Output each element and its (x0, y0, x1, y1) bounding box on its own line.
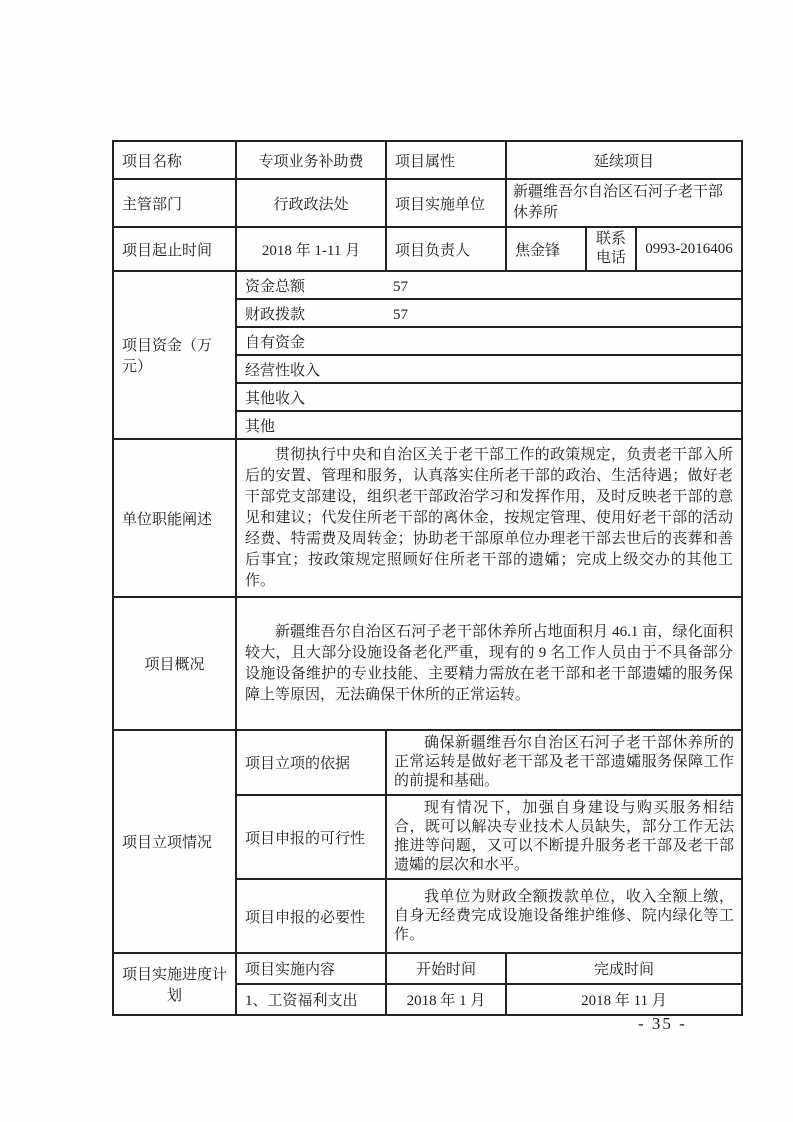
document-page: 项目名称 专项业务补助费 项目属性 延续项目 主管部门 行政政法处 项目实施单位… (0, 0, 793, 1122)
schedule-content-header: 项目实施内容 (236, 953, 386, 984)
fund-item-name: 其他 (245, 415, 393, 436)
table-row: 项目名称 专项业务补助费 项目属性 延续项目 (113, 141, 742, 179)
table-row: 项目起止时间 2018 年 1-11 月 项目负责人 焦金锋 联系电话 0993… (113, 227, 742, 271)
page-number: - 35 - (638, 1014, 687, 1034)
impl-unit-value: 新疆维吾尔自治区石河子老干部休养所 (506, 179, 742, 227)
fund-item-name: 自有资金 (245, 331, 393, 352)
fund-item-value: 57 (393, 279, 408, 295)
overview-text: 新疆维吾尔自治区石河子老干部休养所占地面积月 46.1 亩，绿化面积较大，且大部… (236, 597, 742, 730)
fund-item-operating: 经营性收入 (236, 355, 742, 383)
leader-value: 焦金锋 (506, 227, 586, 271)
approval-feasibility-text: 现有情况下，加强自身建设与购买服务相结合，既可以解决专业技术人员缺失，部分工作无… (386, 795, 742, 879)
project-name-label: 项目名称 (113, 141, 236, 179)
functions-label: 单位职能阐述 (113, 439, 236, 597)
schedule-row-finish: 2018 年 11 月 (506, 984, 742, 1015)
overview-label: 项目概况 (113, 597, 236, 730)
table-row: 项目立项情况 项目立项的依据 确保新疆维吾尔自治区石河子老干部休养所的正常运转是… (113, 730, 742, 795)
approval-basis-label: 项目立项的依据 (236, 730, 386, 795)
fund-item-own: 自有资金 (236, 327, 742, 355)
funds-label: 项目资金（万元） (113, 271, 236, 439)
table-row: 项目概况 新疆维吾尔自治区石河子老干部休养所占地面积月 46.1 亩，绿化面积较… (113, 597, 742, 730)
schedule-start-header: 开始时间 (386, 953, 506, 984)
approval-basis-text: 确保新疆维吾尔自治区石河子老干部休养所的正常运转是做好老干部及老干部遗孀服务保障… (386, 730, 742, 795)
project-attr-value: 延续项目 (506, 141, 742, 179)
schedule-row-content: 1、工资福利支出 (236, 984, 386, 1015)
table-row: 项目资金（万元） 资金总额57 (113, 271, 742, 299)
schedule-finish-header: 完成时间 (506, 953, 742, 984)
dept-value: 行政政法处 (236, 179, 386, 227)
impl-unit-label: 项目实施单位 (386, 179, 506, 227)
fund-item-other: 其他 (236, 411, 742, 439)
dept-label: 主管部门 (113, 179, 236, 227)
duration-label: 项目起止时间 (113, 227, 236, 271)
schedule-row-start: 2018 年 1 月 (386, 984, 506, 1015)
fund-item-name: 其他收入 (245, 387, 393, 408)
project-attr-label: 项目属性 (386, 141, 506, 179)
fund-item-name: 财政拨款 (245, 303, 393, 324)
table-row: 单位职能阐述 贯彻执行中央和自治区关于老干部工作的政策规定，负责老干部入所后的安… (113, 439, 742, 597)
phone-label: 联系电话 (586, 227, 636, 271)
functions-text: 贯彻执行中央和自治区关于老干部工作的政策规定，负责老干部入所后的安置、管理和服务… (236, 439, 742, 597)
leader-label: 项目负责人 (386, 227, 506, 271)
table-row: 主管部门 行政政法处 项目实施单位 新疆维吾尔自治区石河子老干部休养所 (113, 179, 742, 227)
fund-item-name: 经营性收入 (245, 359, 393, 380)
fund-item-fiscal: 财政拨款57 (236, 299, 742, 327)
fund-item-value: 57 (393, 307, 408, 323)
project-name-value: 专项业务补助费 (236, 141, 386, 179)
fund-item-name: 资金总额 (245, 275, 393, 296)
approval-necessity-text: 我单位为财政全额拨款单位，收入全额上缴，自身无经费完成设施设备维护维修、院内绿化… (386, 879, 742, 953)
duration-value: 2018 年 1-11 月 (236, 227, 386, 271)
approval-feasibility-label: 项目申报的可行性 (236, 795, 386, 879)
approval-label: 项目立项情况 (113, 730, 236, 953)
fund-item-other-income: 其他收入 (236, 383, 742, 411)
approval-necessity-label: 项目申报的必要性 (236, 879, 386, 953)
phone-value: 0993-2016406 (636, 227, 742, 271)
schedule-label: 项目实施进度计划 (113, 953, 236, 1015)
table-row: 项目实施进度计划 项目实施内容 开始时间 完成时间 (113, 953, 742, 984)
fund-item-total: 资金总额57 (236, 271, 742, 299)
project-info-table: 项目名称 专项业务补助费 项目属性 延续项目 主管部门 行政政法处 项目实施单位… (112, 140, 743, 1016)
